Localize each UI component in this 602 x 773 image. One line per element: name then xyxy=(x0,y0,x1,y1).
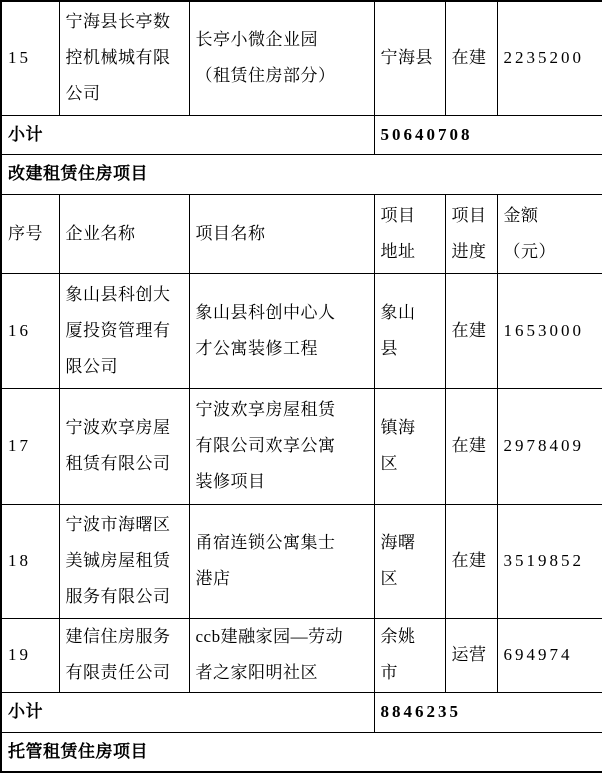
cell-amount: 2978409 xyxy=(497,388,602,504)
header-project-address: 项目 地址 xyxy=(381,198,441,270)
project-address: 宁海县 xyxy=(381,40,441,76)
project-name: 宁波欢享房屋租赁 有限公司欢享公寓 装修项目 xyxy=(196,392,370,500)
cell-row-number: 15 xyxy=(1,1,59,115)
cell-project-address: 宁海县 xyxy=(374,1,445,115)
cell-company-name: 宁波欢享房屋 租赁有限公司 xyxy=(59,388,189,504)
project-progress: 在建 xyxy=(452,428,493,464)
subtotal-value: 8846235 xyxy=(381,694,599,730)
project-name: 长亭小微企业园 （租赁住房部分） xyxy=(196,22,370,94)
header-cell-project-name: 项目名称 xyxy=(189,194,374,273)
cell-company-name: 宁波市海曙区 美铖房屋租赁 服务有限公司 xyxy=(59,504,189,618)
company-name: 建信住房服务 有限责任公司 xyxy=(66,619,185,691)
header-amount: 金额 （元） xyxy=(504,198,599,270)
header-cell-company-name: 企业名称 xyxy=(59,194,189,273)
subtotal-label-cell: 小计 xyxy=(1,115,374,154)
cell-amount: 3519852 xyxy=(497,504,602,618)
subtotal-label: 小计 xyxy=(8,694,370,730)
amount-value: 694974 xyxy=(504,637,599,673)
row-number: 16 xyxy=(8,313,55,349)
cell-company-name: 宁海县长亭数 控机械城有限 公司 xyxy=(59,1,189,115)
subtotal-value-cell: 50640708 xyxy=(374,115,602,154)
project-progress: 在建 xyxy=(452,543,493,579)
cell-company-name: 建信住房服务 有限责任公司 xyxy=(59,618,189,692)
cell-project-progress: 在建 xyxy=(445,1,497,115)
project-progress: 在建 xyxy=(452,40,493,76)
project-address: 镇海 区 xyxy=(381,410,441,482)
table-row-19: 19 建信住房服务 有限责任公司 ccb建融家园—劳动 者之家阳明社区 余姚 市… xyxy=(1,618,602,692)
project-address: 余姚 市 xyxy=(381,619,441,691)
cell-company-name: 象山县科创大 厦投资管理有 限公司 xyxy=(59,273,189,388)
header-cell-amount: 金额 （元） xyxy=(497,194,602,273)
project-name: 甬宿连锁公寓集士 港店 xyxy=(196,525,370,597)
company-name: 宁海县长亭数 控机械城有限 公司 xyxy=(66,4,185,112)
table-row-18: 18 宁波市海曙区 美铖房屋租赁 服务有限公司 甬宿连锁公寓集士 港店 海曙 区… xyxy=(1,504,602,618)
cell-project-address: 余姚 市 xyxy=(374,618,445,692)
section-row-custody: 托管租赁住房项目 xyxy=(1,732,602,772)
cell-project-name: 宁波欢享房屋租赁 有限公司欢享公寓 装修项目 xyxy=(189,388,374,504)
row-number: 15 xyxy=(8,40,55,76)
cell-project-address: 海曙 区 xyxy=(374,504,445,618)
header-cell-row-number: 序号 xyxy=(1,194,59,273)
table-row-17: 17 宁波欢享房屋 租赁有限公司 宁波欢享房屋租赁 有限公司欢享公寓 装修项目 … xyxy=(1,388,602,504)
header-company-name: 企业名称 xyxy=(66,216,185,252)
subtotal-value: 50640708 xyxy=(381,117,599,153)
cell-amount: 2235200 xyxy=(497,1,602,115)
header-cell-project-progress: 项目 进度 xyxy=(445,194,497,273)
section-title-custody: 托管租赁住房项目 xyxy=(8,734,598,770)
project-progress: 在建 xyxy=(452,313,493,349)
cell-row-number: 18 xyxy=(1,504,59,618)
subtotal-label: 小计 xyxy=(8,117,370,153)
project-progress: 运营 xyxy=(452,637,493,673)
table-header-row: 序号 企业名称 项目名称 项目 地址 项目 进度 金额 （元） xyxy=(1,194,602,273)
section-title-cell: 改建租赁住房项目 xyxy=(1,154,602,194)
section-title-rebuild: 改建租赁住房项目 xyxy=(8,156,598,192)
amount-value: 3519852 xyxy=(504,543,599,579)
cell-project-name: 长亭小微企业园 （租赁住房部分） xyxy=(189,1,374,115)
cell-row-number: 19 xyxy=(1,618,59,692)
project-name: 象山县科创中心人 才公寓装修工程 xyxy=(196,295,370,367)
amount-value: 2978409 xyxy=(504,428,599,464)
cell-project-progress: 在建 xyxy=(445,388,497,504)
cell-project-progress: 在建 xyxy=(445,504,497,618)
cell-project-name: ccb建融家园—劳动 者之家阳明社区 xyxy=(189,618,374,692)
section-title-cell: 托管租赁住房项目 xyxy=(1,732,602,772)
project-address: 海曙 区 xyxy=(381,525,441,597)
row-number: 19 xyxy=(8,637,55,673)
cell-project-name: 甬宿连锁公寓集士 港店 xyxy=(189,504,374,618)
rental-housing-projects-table: 15 宁海县长亭数 控机械城有限 公司 长亭小微企业园 （租赁住房部分） 宁海县… xyxy=(0,0,602,773)
subtotal-label-cell: 小计 xyxy=(1,692,374,732)
amount-value: 2235200 xyxy=(504,40,599,76)
amount-value: 1653000 xyxy=(504,313,599,349)
cell-project-address: 镇海 区 xyxy=(374,388,445,504)
subtotal-row-prev-section: 小计 50640708 xyxy=(1,115,602,154)
company-name: 宁波欢享房屋 租赁有限公司 xyxy=(66,410,185,482)
cell-row-number: 16 xyxy=(1,273,59,388)
cell-project-progress: 在建 xyxy=(445,273,497,388)
cell-row-number: 17 xyxy=(1,388,59,504)
cell-project-name: 象山县科创中心人 才公寓装修工程 xyxy=(189,273,374,388)
header-row-number: 序号 xyxy=(8,216,55,252)
project-name: ccb建融家园—劳动 者之家阳明社区 xyxy=(196,619,370,691)
company-name: 象山县科创大 厦投资管理有 限公司 xyxy=(66,277,185,385)
table-row-15: 15 宁海县长亭数 控机械城有限 公司 长亭小微企业园 （租赁住房部分） 宁海县… xyxy=(1,1,602,115)
subtotal-value-cell: 8846235 xyxy=(374,692,602,732)
cell-amount: 1653000 xyxy=(497,273,602,388)
header-project-progress: 项目 进度 xyxy=(452,198,493,270)
table-row-16: 16 象山县科创大 厦投资管理有 限公司 象山县科创中心人 才公寓装修工程 象山… xyxy=(1,273,602,388)
subtotal-row-rebuild-section: 小计 8846235 xyxy=(1,692,602,732)
section-row-rebuild: 改建租赁住房项目 xyxy=(1,154,602,194)
company-name: 宁波市海曙区 美铖房屋租赁 服务有限公司 xyxy=(66,507,185,615)
row-number: 18 xyxy=(8,543,55,579)
project-address: 象山 县 xyxy=(381,295,441,367)
cell-project-address: 象山 县 xyxy=(374,273,445,388)
header-project-name: 项目名称 xyxy=(196,216,370,252)
header-cell-project-address: 项目 地址 xyxy=(374,194,445,273)
cell-amount: 694974 xyxy=(497,618,602,692)
row-number: 17 xyxy=(8,428,55,464)
cell-project-progress: 运营 xyxy=(445,618,497,692)
